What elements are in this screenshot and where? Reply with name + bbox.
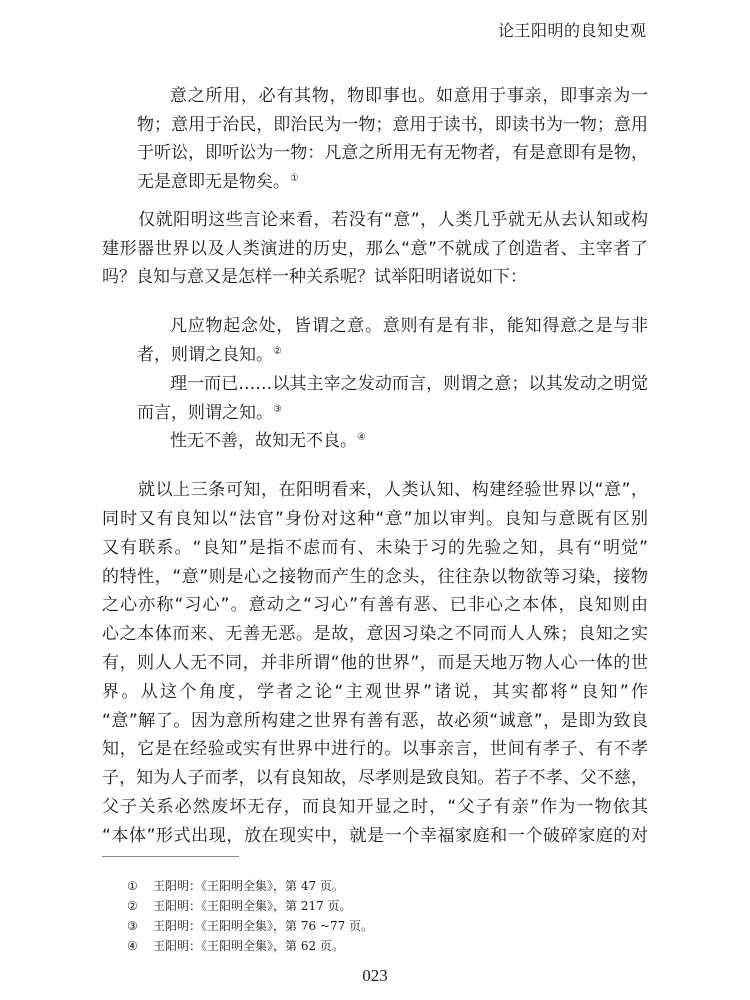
paragraph-line: 有，则人人无不同，并非所谓“他的世界”，而是天地万物人心一体的世 — [102, 653, 648, 673]
paragraph-line: 仅就阳明这些言论来看，若没有“意”，人类几乎就无从去认知或构 — [138, 210, 648, 230]
quote-line: 理一而已……以其主宰之发动而言，则谓之意；以其发动之明觉 — [170, 374, 648, 394]
quote-line: 物；意用于治民，即治民为一物；意用于读书，即读书为一物；意用 — [137, 115, 648, 135]
paragraph-line: 建形器世界以及人类演进的历史，那么“意”不就成了创造者、主宰者了 — [102, 239, 648, 259]
paragraph-line: 就以上三条可知，在阳明看来，人类认知、构建经验世界以“意”， — [138, 480, 648, 500]
footnote-ref-2[interactable]: ② — [273, 346, 282, 357]
paragraph-line: 心之本体而来、无善无恶。是故，意因习染之不同而人人殊；良知之实 — [102, 624, 648, 644]
footnote-text: 王阳明：《王阳明全集》，第 217 页。 — [153, 899, 352, 913]
paragraph-line: 又有联系。“良知”是指不虑而有、未染于习的先验之知，具有“明觉” — [102, 538, 648, 558]
paragraph-line: 吗？良知与意又是怎样一种关系呢？试举阳明诸说如下： — [102, 267, 648, 287]
footnote-mark: ③ — [127, 919, 153, 933]
footnote-mark: ① — [127, 879, 153, 893]
footnote-1: ①王阳明：《王阳明全集》，第 47 页。 — [127, 879, 344, 893]
footnote-ref-1[interactable]: ① — [290, 173, 299, 184]
quote-line: 凡应物起念处，皆谓之意。意则有是有非，能知得意之是与非 — [170, 316, 648, 336]
quote-text: 性无不善，故知无不良。 — [170, 431, 357, 451]
quote-line: 而言，则谓之知。③ — [137, 403, 648, 423]
paragraph-line: 之心亦称“习心”。意动之“习心”有善有恶、已非心之本体，良知则由 — [102, 595, 648, 615]
footnote-ref-4[interactable]: ④ — [357, 432, 366, 443]
quote-line: 于听讼，即听讼为一物：凡意之所用无有无物者，有是意即有是物， — [137, 143, 648, 163]
quote-text: 而言，则谓之知。 — [137, 403, 273, 423]
footnote-mark: ④ — [127, 939, 153, 953]
paragraph-line: 的特性，“意”则是心之接物而产生的念头，往往杂以物欲等习染，接物 — [102, 567, 648, 587]
paragraph-line: 知，它是在经验或实有世界中进行的。以事亲言，世间有孝子、有不孝 — [102, 739, 648, 759]
document-page: 论王阳明的良知史观 意之所用，必有其物，物即事也。如意用于事亲，即事亲为一 物；… — [0, 0, 750, 1000]
quote-line: 无是意即无是物矣。① — [137, 172, 648, 192]
footnote-4: ④王阳明：《王阳明全集》，第 62 页。 — [127, 939, 344, 953]
quote-line: 意之所用，必有其物，物即事也。如意用于事亲，即事亲为一 — [170, 86, 648, 106]
footnote-text: 王阳明：《王阳明全集》，第 47 页。 — [153, 879, 344, 893]
quote-line: 者，则谓之良知。② — [137, 345, 648, 365]
footnote-text: 王阳明：《王阳明全集》，第 76 ~77 页。 — [153, 919, 373, 933]
quote-text: 无是意即无是物矣。 — [137, 172, 290, 192]
quote-line: 性无不善，故知无不良。④ — [170, 431, 648, 451]
footnote-3: ③王阳明：《王阳明全集》，第 76 ~77 页。 — [127, 919, 373, 933]
paragraph-line: 界。从这个角度，学者之论“主观世界”诸说，其实都将“良知”作 — [102, 682, 648, 702]
footnote-divider — [102, 856, 239, 857]
page-number: 023 — [0, 966, 750, 986]
quote-text: 者，则谓之良知。 — [137, 345, 273, 365]
paragraph-line: “本体”形式出现，放在现实中，就是一个幸福家庭和一个破碎家庭的对 — [102, 826, 648, 846]
paragraph-line: “意”解了。因为意所构建之世界有善有恶，故必须“诚意”，是即为致良 — [102, 711, 648, 731]
running-header: 论王阳明的良知史观 — [498, 18, 647, 41]
paragraph-line: 子，知为人子而孝，以有良知故，尽孝则是致良知。若子不孝、父不慈， — [102, 768, 648, 788]
footnote-2: ②王阳明：《王阳明全集》，第 217 页。 — [127, 899, 352, 913]
footnote-mark: ② — [127, 899, 153, 913]
paragraph-line: 同时又有良知以“法官”身份对这种“意”加以审判。良知与意既有区别 — [102, 509, 648, 529]
paragraph-line: 父子关系必然废坏无存，而良知开显之时，“父子有亲”作为一物依其 — [102, 797, 648, 817]
footnote-ref-3[interactable]: ③ — [273, 404, 282, 415]
footnote-text: 王阳明：《王阳明全集》，第 62 页。 — [153, 939, 344, 953]
